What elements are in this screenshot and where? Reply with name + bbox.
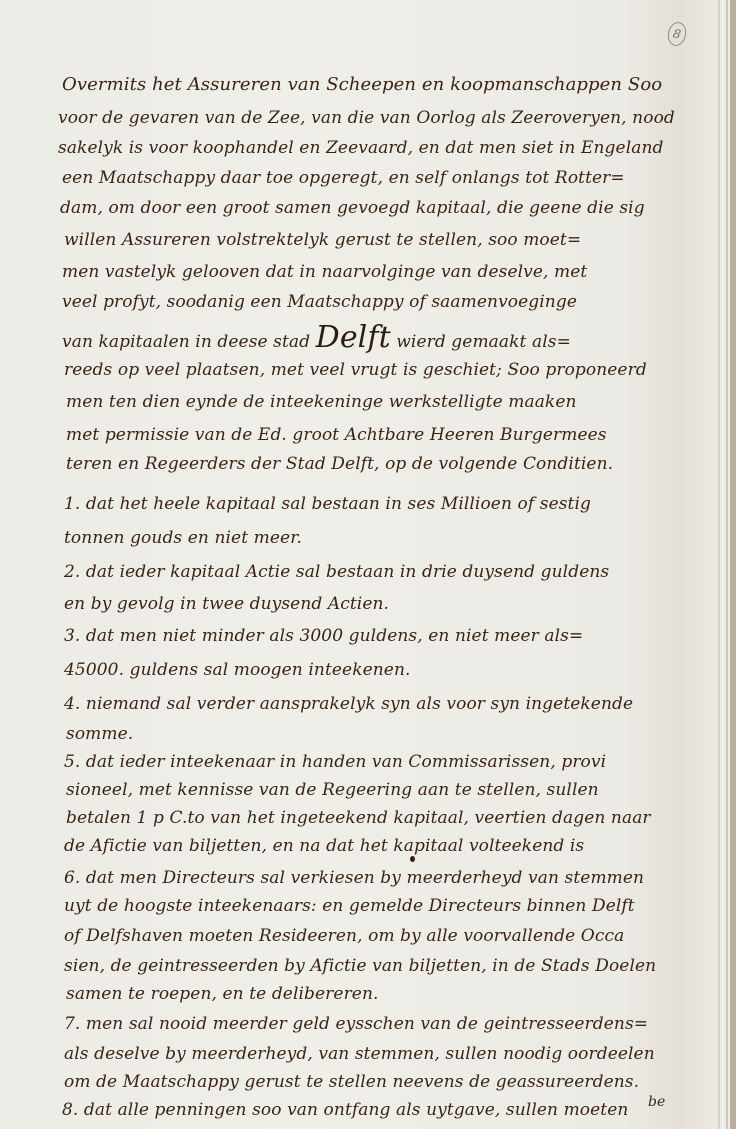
- text-line: Overmits het Assureren van Scheepen en k…: [62, 74, 662, 95]
- condition-7-line: als deselve by meerderheyd, van stemmen,…: [64, 1044, 655, 1064]
- text-segment: wierd gemaakt als=: [396, 332, 571, 352]
- page-edge: [722, 0, 724, 1129]
- text-line: willen Assureren volstrektelyk gerust te…: [64, 230, 581, 250]
- text-line: een Maatschappy daar toe opgeregt, en se…: [62, 168, 625, 188]
- condition-2-line: 2. dat ieder kapitaal Actie sal bestaan …: [64, 562, 609, 582]
- page-edge: [726, 0, 728, 1129]
- folio-number: 8: [666, 20, 689, 47]
- emphasized-word-delft: Delft: [316, 320, 391, 355]
- manuscript-page: 8 Overmits het Assureren van Scheepen en…: [0, 0, 736, 1129]
- condition-6-line: samen te roepen, en te delibereren.: [66, 984, 379, 1004]
- condition-5-line: 5. dat ieder inteekenaar in handen van C…: [64, 752, 606, 772]
- condition-3-line: 45000. guldens sal moogen inteekenen.: [64, 660, 411, 680]
- condition-4-line: somme.: [66, 724, 133, 744]
- text-line: veel profyt, soodanig een Maatschappy of…: [62, 292, 577, 312]
- text-line: voor de gevaren van de Zee, van die van …: [58, 108, 675, 128]
- condition-6-line: uyt de hoogste inteekenaars: en gemelde …: [64, 896, 635, 916]
- condition-7-line: om de Maatschappy gerust te stellen neev…: [64, 1072, 639, 1092]
- condition-1-line: 1. dat het heele kapitaal sal bestaan in…: [64, 494, 591, 514]
- condition-2-line: en by gevolg in twee duysend Actien.: [64, 594, 389, 614]
- text-segment: van kapitaalen in deese stad: [62, 332, 310, 352]
- text-line: van kapitaalen in deese stad Delft wierd…: [62, 320, 571, 355]
- text-line: reeds op veel plaatsen, met veel vrugt i…: [64, 360, 647, 380]
- condition-3-line: 3. dat men niet minder als 3000 guldens,…: [64, 626, 583, 646]
- condition-7-line: 7. men sal nooid meerder geld eysschen v…: [64, 1014, 648, 1034]
- condition-5-line: sioneel, met kennisse van de Regeering a…: [66, 780, 599, 800]
- ink-blot: [410, 856, 415, 862]
- condition-1-line: tonnen gouds en niet meer.: [64, 528, 302, 548]
- condition-6-line: of Delfshaven moeten Resideeren, om by a…: [64, 926, 624, 946]
- page-edge: [718, 0, 720, 1129]
- text-line: men vastelyk gelooven dat in naarvolging…: [62, 262, 587, 282]
- text-line: met permissie van de Ed. groot Achtbare …: [66, 425, 607, 445]
- binding-edge: [730, 0, 736, 1129]
- condition-4-line: 4. niemand sal verder aansprakelyk syn a…: [64, 694, 633, 714]
- catchword: be: [648, 1094, 665, 1110]
- text-line: dam, om door een groot samen gevoegd kap…: [60, 198, 645, 218]
- text-line: teren en Regeerders der Stad Delft, op d…: [66, 454, 613, 474]
- text-line: sakelyk is voor koophandel en Zeevaard, …: [58, 138, 664, 158]
- condition-8-line: 8. dat alle penningen soo van ontfang al…: [62, 1100, 628, 1120]
- text-line: men ten dien eynde de inteekeninge werks…: [66, 392, 577, 412]
- condition-5-line: betalen 1 p C.to van het ingeteekend kap…: [66, 808, 651, 828]
- condition-5-line: de Afictie van biljetten, en na dat het …: [64, 836, 584, 856]
- condition-6-line: 6. dat men Directeurs sal verkiesen by m…: [64, 868, 644, 888]
- condition-6-line: sien, de geintresseerden by Afictie van …: [64, 956, 656, 976]
